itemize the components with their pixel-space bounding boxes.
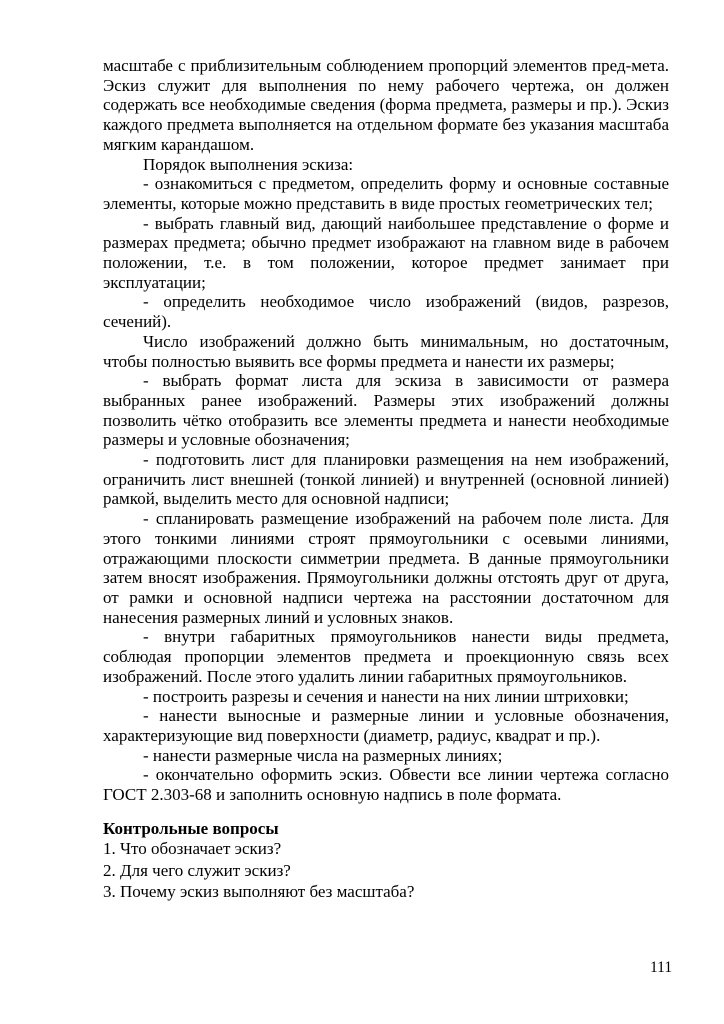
paragraph: Число изображений должно быть минимальны… — [103, 332, 669, 371]
paragraph: - подготовить лист для планировки размещ… — [103, 450, 669, 509]
paragraph: масштабе с приблизительным соблюдением п… — [103, 56, 669, 155]
question-item: 1. Что обозначает эскиз? — [103, 838, 669, 859]
body-paragraphs: масштабе с приблизительным соблюдением п… — [103, 56, 669, 805]
question-item: 3. Почему эскиз выполняют без масштаба? — [103, 881, 669, 902]
paragraph: - выбрать главный вид, дающий наибольшее… — [103, 214, 669, 293]
page-number: 111 — [650, 958, 672, 977]
question-item: 2. Для чего служит эскиз? — [103, 860, 669, 881]
questions-list: 1. Что обозначает эскиз?2. Для чего служ… — [103, 838, 669, 902]
paragraph: - выбрать формат листа для эскиза в зави… — [103, 371, 669, 450]
paragraph: Порядок выполнения эскиза: — [103, 155, 669, 175]
paragraph: - нанести размерные числа на размерных л… — [103, 746, 669, 766]
paragraph: - нанести выносные и размерные линии и у… — [103, 706, 669, 745]
paragraph: - спланировать размещение изображений на… — [103, 509, 669, 627]
paragraph: - определить необходимое число изображен… — [103, 292, 669, 331]
document-page: масштабе с приблизительным соблюдением п… — [0, 0, 724, 1024]
paragraph: - внутри габаритных прямоугольников нане… — [103, 627, 669, 686]
paragraph: - построить разрезы и сечения и нанести … — [103, 687, 669, 707]
paragraph: - окончательно оформить эскиз. Обвести в… — [103, 765, 669, 804]
paragraph: - ознакомиться с предметом, определить ф… — [103, 174, 669, 213]
questions-heading: Контрольные вопросы — [103, 819, 669, 839]
text-block: масштабе с приблизительным соблюдением п… — [103, 56, 669, 903]
